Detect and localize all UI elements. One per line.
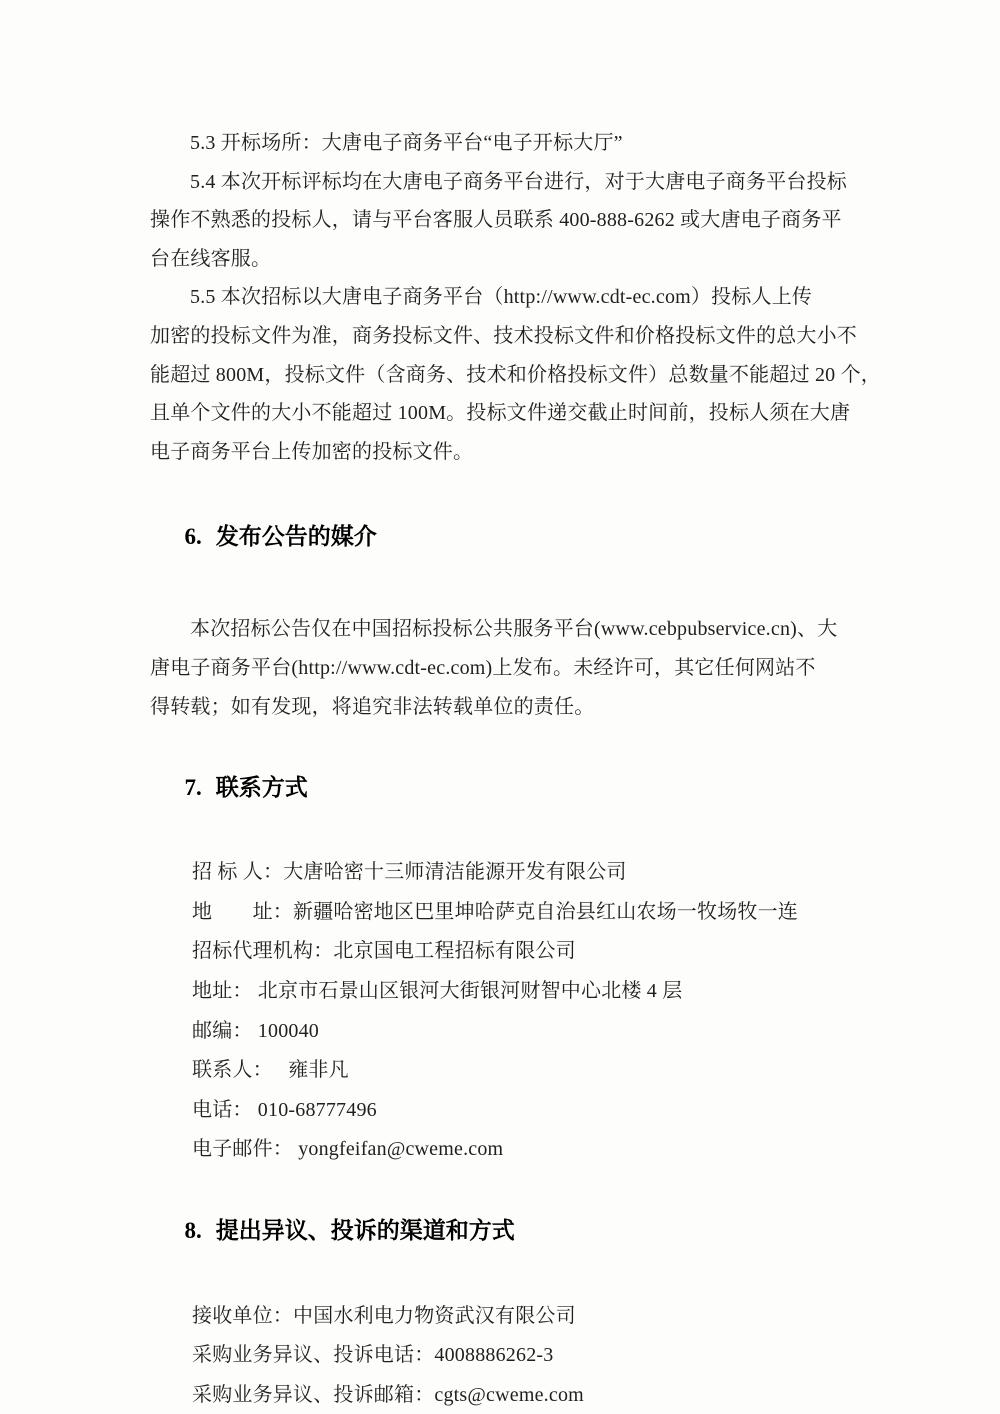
contact-tenderer-address-line: 地 址：新疆哈密地区巴里坤哈萨克自治县红山农场一牧场牧一连 bbox=[150, 893, 856, 933]
clause-5-4-line-1: 5.4 本次开标评标均在大唐电子商务平台进行，对于大唐电子商务平台投标 bbox=[150, 163, 856, 202]
section-6-heading: 6.发布公告的媒介 bbox=[150, 486, 856, 588]
clause-5-5-line-4: 且单个文件的大小不能超过 100M。投标文件递交截止时间前，投标人须在大唐 bbox=[150, 394, 856, 433]
section-6-line-3: 得转载；如有发现，将追究非法转载单位的责任。 bbox=[150, 688, 856, 727]
clause-5-4-line-3: 台在线客服。 bbox=[150, 240, 856, 279]
clause-5-3-line: 5.3 开标场所：大唐电子商务平台“电子开标大厅” bbox=[150, 124, 856, 163]
document-content: 5.3 开标场所：大唐电子商务平台“电子开标大厅” 5.4 本次开标评标均在大唐… bbox=[150, 124, 856, 1414]
complaint-info-list: 接收单位：中国水利电力物资武汉有限公司 采购业务异议、投诉电话：40088862… bbox=[150, 1297, 856, 1414]
section-6-number: 6. bbox=[185, 520, 202, 554]
contact-agency-address-line: 地址： 北京市石景山区银河大街银河财智中心北楼 4 层 bbox=[150, 972, 856, 1012]
section-7-heading: 7.联系方式 bbox=[150, 737, 856, 839]
clause-5-3: 5.3 开标场所：大唐电子商务平台“电子开标大厅” bbox=[150, 124, 856, 163]
clause-5-5-line-1: 5.5 本次招标以大唐电子商务平台（http://www.cdt-ec.com）… bbox=[150, 278, 856, 317]
clause-5-5-line-5: 电子商务平台上传加密的投标文件。 bbox=[150, 433, 856, 472]
section-8-heading: 8.提出异议、投诉的渠道和方式 bbox=[150, 1180, 856, 1282]
section-8-title: 提出异议、投诉的渠道和方式 bbox=[216, 1218, 515, 1243]
clause-5-5-line-3: 能超过 800M，投标文件（含商务、技术和价格投标文件）总数量不能超过 20 个… bbox=[150, 356, 856, 395]
clause-5-5-line-2: 加密的投标文件为准，商务投标文件、技术投标文件和价格投标文件的总大小不 bbox=[150, 317, 856, 356]
contact-postcode-line: 邮编： 100040 bbox=[150, 1012, 856, 1052]
section-6-title: 发布公告的媒介 bbox=[216, 524, 377, 549]
contact-tenderer-line: 招 标 人：大唐哈密十三师清洁能源开发有限公司 bbox=[150, 853, 856, 893]
contact-info-list: 招 标 人：大唐哈密十三师清洁能源开发有限公司 地 址：新疆哈密地区巴里坤哈萨克… bbox=[150, 853, 856, 1170]
contact-email-line: 电子邮件： yongfeifan@cweme.com bbox=[150, 1130, 856, 1170]
section-8-number: 8. bbox=[185, 1214, 202, 1248]
complaint-receiver-line: 接收单位：中国水利电力物资武汉有限公司 bbox=[150, 1297, 856, 1337]
section-7-title: 联系方式 bbox=[216, 775, 308, 800]
clause-5-5: 5.5 本次招标以大唐电子商务平台（http://www.cdt-ec.com）… bbox=[150, 278, 856, 471]
section-6-line-1: 本次招标公告仅在中国招标投标公共服务平台(www.cebpubservice.c… bbox=[150, 610, 856, 649]
section-6-line-2: 唐电子商务平台(http://www.cdt-ec.com)上发布。未经许可，其… bbox=[150, 649, 856, 688]
contact-phone-line: 电话： 010-68777496 bbox=[150, 1091, 856, 1131]
section-6-paragraph: 本次招标公告仅在中国招标投标公共服务平台(www.cebpubservice.c… bbox=[150, 610, 856, 726]
complaint-email-line: 采购业务异议、投诉邮箱：cgts@cweme.com bbox=[150, 1376, 856, 1414]
contact-agency-line: 招标代理机构：北京国电工程招标有限公司 bbox=[150, 932, 856, 972]
contact-person-line: 联系人： 雍非凡 bbox=[150, 1051, 856, 1091]
clause-5-4: 5.4 本次开标评标均在大唐电子商务平台进行，对于大唐电子商务平台投标 操作不熟… bbox=[150, 163, 856, 279]
clause-5-4-line-2: 操作不熟悉的投标人，请与平台客服人员联系 400-888-6262 或大唐电子商… bbox=[150, 201, 856, 240]
section-7-number: 7. bbox=[185, 771, 202, 805]
complaint-phone-line: 采购业务异议、投诉电话：4008886262-3 bbox=[150, 1336, 856, 1376]
document-page: 5.3 开标场所：大唐电子商务平台“电子开标大厅” 5.4 本次开标评标均在大唐… bbox=[0, 0, 1000, 1414]
